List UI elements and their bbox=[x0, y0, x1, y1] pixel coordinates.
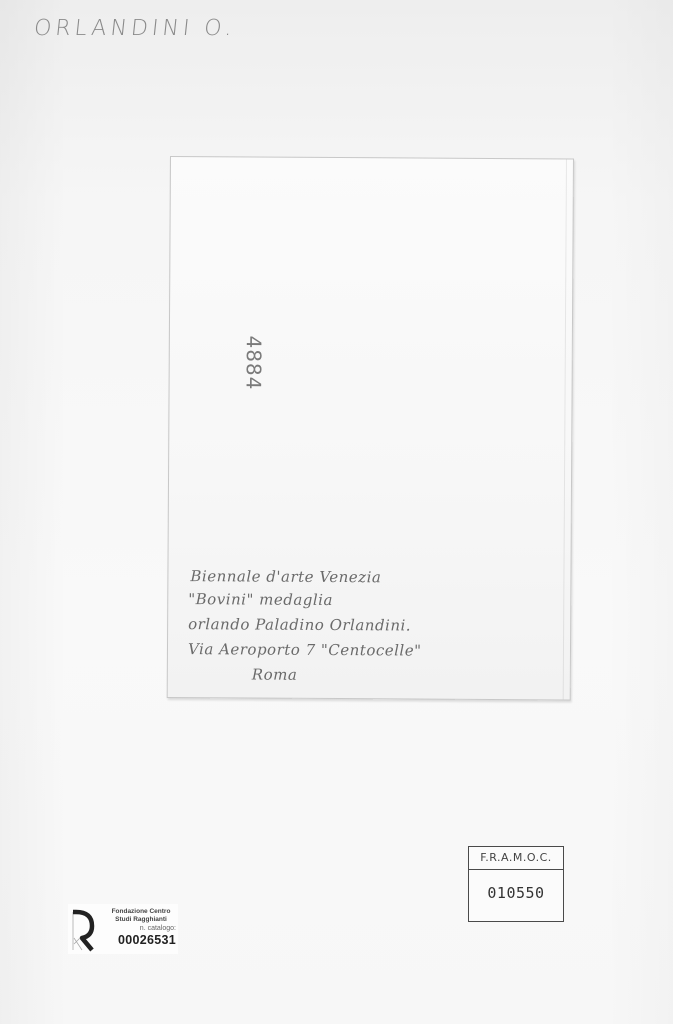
r-logo-icon bbox=[70, 908, 96, 952]
institution-name-line-1: Fondazione Centro bbox=[100, 908, 176, 916]
note-line: Biennale d'arte Venezia bbox=[190, 567, 381, 586]
artist-name-annotation: ORLANDINI O. bbox=[33, 16, 237, 41]
note-line: "Bovini" medaglia bbox=[188, 590, 333, 609]
stamp-header: F.R.A.M.O.C. bbox=[469, 847, 563, 870]
catalog-number: 00026531 bbox=[100, 933, 176, 948]
inventory-number: 4884 bbox=[242, 335, 266, 390]
note-line: Via Aeroporto 7 "Centocelle" bbox=[188, 640, 422, 659]
note-line: Roma bbox=[252, 666, 298, 684]
catalog-label: Fondazione Centro Studi Ragghianti n. ca… bbox=[68, 904, 178, 954]
institution-name-line-2: Studi Ragghianti bbox=[100, 916, 176, 924]
framoc-stamp: F.R.A.M.O.C. 010550 bbox=[468, 846, 564, 922]
note-line: orlando Paladino Orlandini. bbox=[188, 615, 411, 634]
photograph-back: 4884 Biennale d'arte Venezia "Bovini" me… bbox=[167, 156, 574, 700]
catalog-number-label: n. catalogo: bbox=[100, 924, 176, 933]
stamp-number: 010550 bbox=[469, 870, 563, 916]
